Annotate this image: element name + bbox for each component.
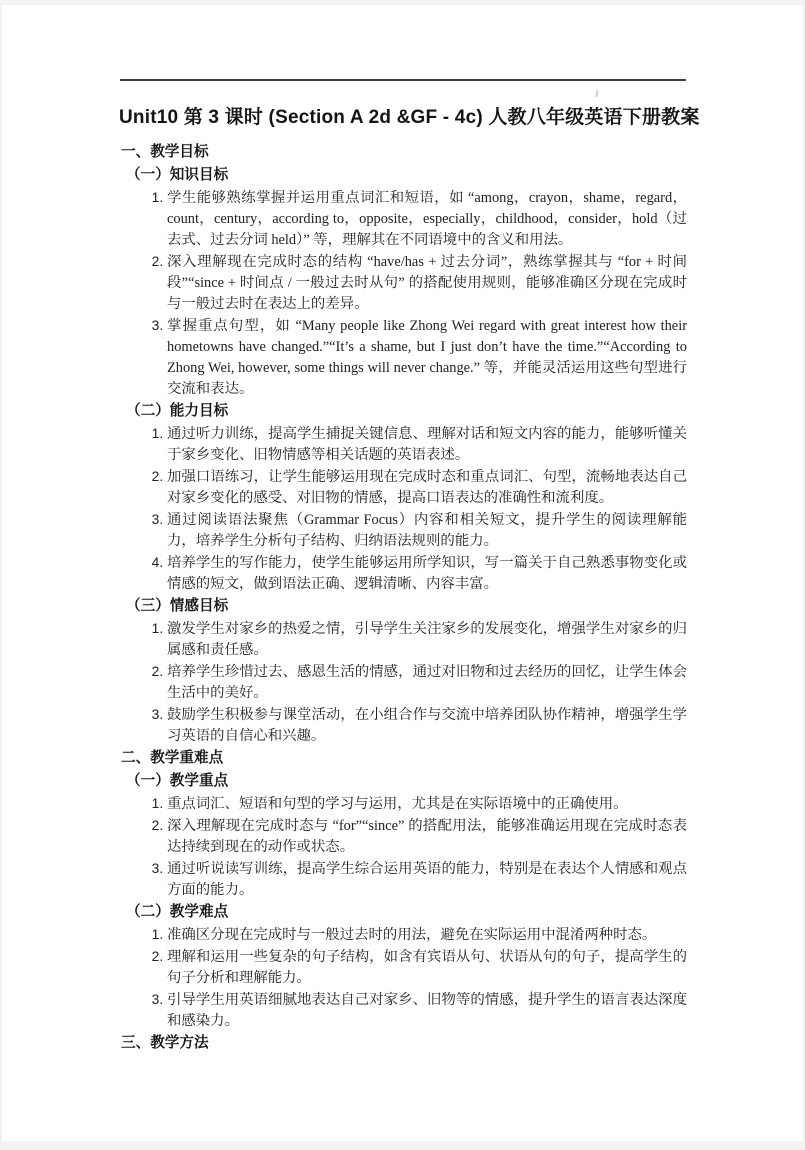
- objective-item: 准确区分现在完成时与一般过去时的用法，避免在实际运用中混淆两种时态。: [167, 924, 687, 946]
- page-title: Unit10 第 3 课时 (Section A 2d &GF - 4c) 人教…: [119, 104, 687, 132]
- document-body: 一、教学目标（一）知识目标学生能够熟练掌握并运用重点词汇和短语，如 “among…: [119, 141, 687, 1055]
- section-heading: 一、教学目标: [121, 141, 687, 164]
- objective-list: 学生能够熟练掌握并运用重点词汇和短语，如 “among，crayon，shame…: [146, 187, 687, 400]
- subsection-heading: （二）能力目标: [126, 400, 687, 423]
- subsection-heading: （一）教学重点: [126, 770, 687, 793]
- objective-item: 深入理解现在完成时态的结构 “have/has + 过去分词”，熟练掌握其与 “…: [167, 251, 687, 315]
- objective-item: 鼓励学生积极参与课堂活动，在小组合作与交流中培养团队协作精神，增强学生学习英语的…: [167, 704, 687, 747]
- objective-item: 通过阅读语法聚焦（Grammar Focus）内容和相关短文，提升学生的阅读理解…: [167, 509, 687, 552]
- subsection-heading: （二）教学难点: [126, 901, 687, 924]
- scan-artifact: [595, 90, 598, 97]
- objective-item: 引导学生用英语细腻地表达自己对家乡、旧物等的情感，提升学生的语言表达深度和感染力…: [167, 989, 687, 1032]
- objective-item: 培养学生的写作能力，使学生能够运用所学知识，写一篇关于自己熟悉事物变化或情感的短…: [167, 552, 687, 595]
- objective-item: 理解和运用一些复杂的句子结构，如含有宾语从句、状语从句的句子，提高学生的句子分析…: [167, 946, 687, 989]
- objective-item: 通过听说读写训练，提高学生综合运用英语的能力，特别是在表达个人情感和观点方面的能…: [167, 858, 687, 901]
- subsection-heading: （三）情感目标: [126, 595, 687, 618]
- objective-item: 加强口语练习，让学生能够运用现在完成时态和重点词汇、句型，流畅地表达自己对家乡变…: [167, 466, 687, 509]
- objective-item: 掌握重点句型，如 “Many people like Zhong Wei reg…: [167, 315, 687, 400]
- objective-item: 学生能够熟练掌握并运用重点词汇和短语，如 “among，crayon，shame…: [167, 187, 687, 251]
- objective-list: 激发学生对家乡的热爱之情，引导学生关注家乡的发展变化，增强学生对家乡的归属感和责…: [146, 618, 687, 747]
- document-page: Unit10 第 3 课时 (Section A 2d &GF - 4c) 人教…: [0, 0, 805, 1150]
- section-heading: 二、教学重难点: [121, 747, 687, 770]
- objective-item: 深入理解现在完成时态与 “for”“since” 的搭配用法，能够准确运用现在完…: [167, 815, 687, 858]
- page-bottom-edge: [0, 1141, 805, 1150]
- objective-list: 通过听力训练，提高学生捕捉关键信息、理解对话和短文内容的能力，能够听懂关于家乡变…: [146, 423, 687, 595]
- objective-item: 培养学生珍惜过去、感恩生活的情感，通过对旧物和过去经历的回忆，让学生体会生活中的…: [167, 661, 687, 704]
- document-content: Unit10 第 3 课时 (Section A 2d &GF - 4c) 人教…: [119, 104, 687, 1055]
- objective-item: 激发学生对家乡的热爱之情，引导学生关注家乡的发展变化，增强学生对家乡的归属感和责…: [167, 618, 687, 661]
- page-top-edge: [0, 0, 805, 5]
- objective-item: 重点词汇、短语和句型的学习与运用，尤其是在实际语境中的正确使用。: [167, 793, 687, 815]
- objective-list: 重点词汇、短语和句型的学习与运用，尤其是在实际语境中的正确使用。深入理解现在完成…: [146, 793, 687, 901]
- page-left-edge: [0, 0, 2, 1150]
- objective-item: 通过听力训练，提高学生捕捉关键信息、理解对话和短文内容的能力，能够听懂关于家乡变…: [167, 423, 687, 466]
- objective-list: 准确区分现在完成时与一般过去时的用法，避免在实际运用中混淆两种时态。理解和运用一…: [146, 924, 687, 1032]
- section-heading: 三、教学方法: [121, 1032, 687, 1055]
- header-rule: [120, 79, 686, 81]
- subsection-heading: （一）知识目标: [126, 164, 687, 187]
